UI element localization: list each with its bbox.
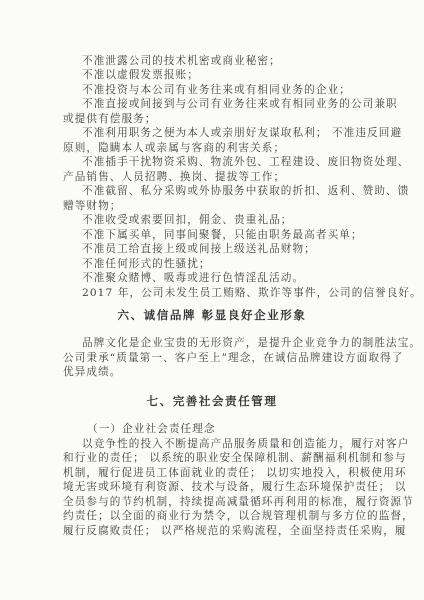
rule-line: 或提供有偿服务； bbox=[63, 112, 157, 126]
rule-line: 产品销售、人员招聘、换岗、提拔等工作； bbox=[63, 170, 285, 184]
document-page: 不准泄露公司的技术机密或商业秘密； 不准以虚假发票报账； 不准投资与本公司有业务… bbox=[0, 0, 424, 600]
rule-line: 不准以虚假发票报账； bbox=[82, 68, 199, 82]
paragraph-line: 境无害或环境有利资源、技术与设备，履行生态环境保护责任； 以 bbox=[63, 480, 407, 494]
paragraph-line: 优异成绩。 bbox=[63, 365, 121, 379]
rule-line: 不准利用职务之便为本人或亲朋好友谋取私利； 不准违反回避 bbox=[82, 126, 402, 140]
rule-line: 不准聚众赌博、吸毒或进行色情淫乱活动。 bbox=[82, 271, 304, 285]
paragraph-line: 全员参与的节约机制，持续提高减量循环再利用的标准，履行资源节 bbox=[63, 495, 414, 509]
rule-line: 不准插手干扰物资采购、物流外包、工程建设、废旧物资处理、 bbox=[82, 155, 409, 169]
paragraph-line: 约责任；以全面的商业行为禁令，以合规管理机制与多方位的监督， bbox=[63, 509, 414, 523]
section7-subheading: （一）企业社会责任理念 bbox=[87, 422, 216, 436]
rule-line: 原则，隐瞒本人或亲属与客商的利害关系； bbox=[63, 141, 285, 155]
section6-heading: 六、诚信品牌 彰显良好企业形象 bbox=[0, 308, 424, 322]
paragraph-line: 履行反腐败责任； 以严格规范的采购流程，全面坚持责任采购，履 bbox=[63, 524, 407, 538]
rule-line: 不准泄露公司的技术机密或商业秘密； bbox=[82, 54, 281, 68]
paragraph-line: 以竞争性的投入不断提高产品服务质量和创造能力，履行对客户 bbox=[82, 437, 409, 451]
rule-line: 不准员工给直接上级或间接上级送礼品财物； bbox=[82, 242, 316, 256]
rule-line: 不准直接或间接到与公司有业务往来或有相同业务的公司兼职 bbox=[82, 97, 398, 111]
section7-heading: 七、完善社会责任管理 bbox=[0, 394, 424, 408]
rule-line: 不准任何形式的性骚扰； bbox=[82, 257, 211, 271]
rule-line: 2017 年，公司未发生员工贿赂、欺诈等事件，公司的信誉良好。 bbox=[82, 286, 422, 300]
rule-line: 不准投资与本公司有业务往来或有相同业务的企业； bbox=[82, 83, 351, 97]
rule-line: 赠等财物； bbox=[63, 199, 121, 213]
paragraph-line: 和行业的责任； 以系统的职业安全保障机制、薪酬福利机制和参与 bbox=[63, 451, 407, 465]
rule-line: 不准收受或索要回扣，佣金、贵重礼品； bbox=[82, 213, 293, 227]
rule-line: 不准截留、私分采购或外协服务中获取的折扣、返利、赞助、馈 bbox=[82, 184, 409, 198]
paragraph-line: 品牌文化是企业宝贵的无形资产，是提升企业竞争力的制胜法宝。 bbox=[82, 336, 421, 350]
paragraph-line: 公司秉承“质量第一、客户至上”理念，在诚信品牌建设方面取得了 bbox=[63, 351, 403, 365]
rule-line: 不准下属买单，同事间聚餐，只能由职务最高者买单； bbox=[82, 228, 363, 242]
paragraph-line: 机制，履行促进员工体面就业的责任； 以切实地投入，积极使用环 bbox=[63, 466, 407, 480]
